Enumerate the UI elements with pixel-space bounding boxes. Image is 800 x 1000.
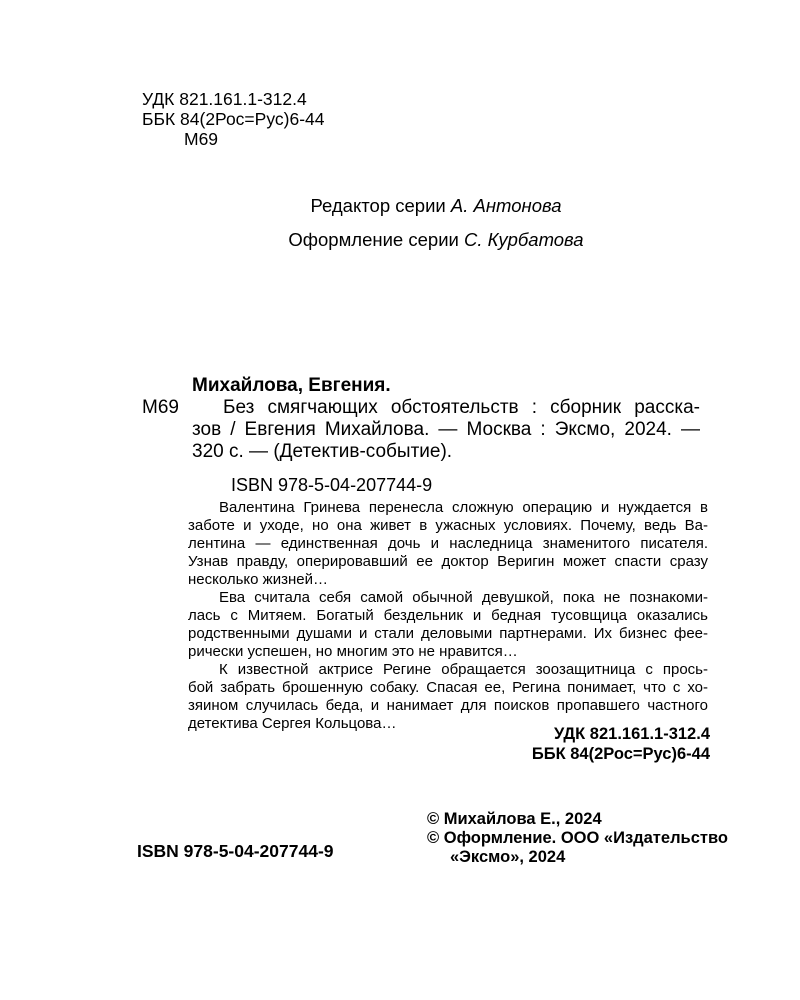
annotation-block: Валентина Гринева перенесла сложную опер…: [188, 499, 708, 733]
annotation-line: лась с Митяем. Богатый бездельник и бедн…: [188, 607, 708, 625]
bbk-code-bottom: ББК 84(2Рос=Рус)6-44: [410, 744, 710, 764]
annotation-line: Узнав правду, оперировавший ее доктор Ве…: [188, 553, 708, 571]
catalog-author-heading: Михайлова, Евгения.: [192, 375, 700, 397]
annotation-line: заботе и уходе, но она живет в ужасных у…: [188, 517, 708, 535]
catalog-entry-row: М69 Без смягчающих обстоятельств : сборн…: [192, 397, 700, 419]
copyright-line: © Оформление. ООО «Издательство: [427, 829, 728, 848]
bbk-code: ББК 84(2Рос=Рус)6-44: [142, 109, 325, 129]
series-editor-prefix: Редактор серии: [310, 195, 445, 216]
isbn-catalog: ISBN 978-5-04-207744-9: [231, 474, 432, 496]
copyright-line: «Эксмо», 2024: [427, 848, 728, 867]
annotation-line: Валентина Гринева перенесла сложную опер…: [188, 499, 708, 517]
series-designer-name: С. Курбатова: [464, 229, 584, 250]
annotation-line: зяином случилась беда, и нанимает для по…: [188, 697, 708, 715]
annotation-line: родственными душами и стали деловыми пар…: [188, 625, 708, 643]
series-editor-line: Редактор серии А. Антонова: [140, 196, 732, 216]
top-classification-codes: УДК 821.161.1-312.4 ББК 84(2Рос=Рус)6-44…: [142, 89, 325, 149]
catalog-entry: Михайлова, Евгения. М69 Без смягчающих о…: [192, 375, 700, 463]
catalog-line: зов / Евгения Михайлова. — Москва : Эксм…: [192, 419, 700, 441]
udk-code-bottom: УДК 821.161.1-312.4: [410, 724, 710, 744]
series-designer-prefix: Оформление серии: [288, 229, 458, 250]
annotation-line: бой забрать брошенную собаку. Спасая ее,…: [188, 679, 708, 697]
catalog-line: 320 с. — (Детектив-событие).: [192, 441, 700, 463]
series-credits: Редактор серии А. Антонова Оформление се…: [140, 196, 732, 250]
bottom-classification-codes: УДК 821.161.1-312.4 ББК 84(2Рос=Рус)6-44: [410, 724, 710, 764]
book-imprint-page: УДК 821.161.1-312.4 ББК 84(2Рос=Рус)6-44…: [0, 0, 800, 1000]
annotation-line: рически успешен, но многим это не нравит…: [188, 643, 708, 661]
series-editor-name: А. Антонова: [451, 195, 562, 216]
annotation-line: несколько жизней…: [188, 571, 708, 589]
copyright-line: © Михайлова Е., 2024: [427, 810, 728, 829]
catalog-line: Без смягчающих обстоятельств : сборник р…: [192, 397, 700, 419]
isbn-footer: ISBN 978-5-04-207744-9: [137, 841, 334, 861]
catalog-author-sign: М69: [142, 397, 179, 419]
copyright-block: © Михайлова Е., 2024 © Оформление. ООО «…: [427, 810, 728, 867]
series-designer-line: Оформление серии С. Курбатова: [140, 230, 732, 250]
annotation-line: К известной актрисе Регине обращается зо…: [188, 661, 708, 679]
annotation-line: Ева считала себя самой обычной девушкой,…: [188, 589, 708, 607]
annotation-line: лентина — единственная дочь и наследница…: [188, 535, 708, 553]
udk-code: УДК 821.161.1-312.4: [142, 89, 325, 109]
author-sign-code: М69: [142, 129, 325, 149]
